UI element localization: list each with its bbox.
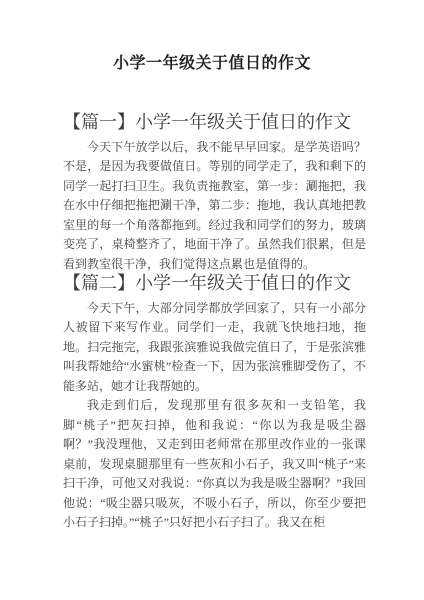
document-body: 【篇一】小学一年级关于值日的作文 今天下午放学以后，我不能早早回家。是学英语吗？…: [0, 74, 424, 533]
section-1-paragraph: 今天下午放学以后，我不能早早回家。是学英语吗？不是，是因为我要做值日。等别的同学…: [63, 138, 366, 275]
essay-section-1: 【篇一】小学一年级关于值日的作文 今天下午放学以后，我不能早早回家。是学英语吗？…: [63, 113, 366, 274]
document-title: 小学一年级关于值日的作文: [0, 0, 424, 74]
section-2-heading: 【篇二】小学一年级关于值日的作文: [63, 274, 366, 294]
section-2-paragraph: 今天下午，大部分同学都放学回家了，只有一小部分人被留下来写作业。同学们一走，我就…: [63, 299, 366, 397]
section-2-paragraph: 我走到们后，发现那里有很多灰和一支铅笔，我脚“桃子”把灰扫掉，他和我说：“你以为…: [63, 396, 366, 533]
section-1-heading: 【篇一】小学一年级关于值日的作文: [63, 113, 366, 133]
document-page: 小学一年级关于值日的作文 【篇一】小学一年级关于值日的作文 今天下午放学以后，我…: [0, 0, 424, 600]
essay-section-2: 【篇二】小学一年级关于值日的作文 今天下午，大部分同学都放学回家了，只有一小部分…: [63, 274, 366, 533]
